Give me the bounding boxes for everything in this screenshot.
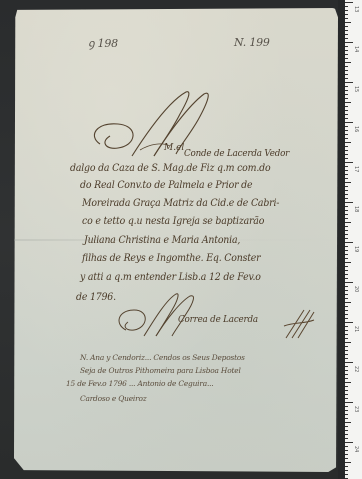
ruler-tick <box>345 66 348 67</box>
ruler-tick <box>345 270 348 271</box>
ruler-tick <box>345 38 348 39</box>
ruler-tick <box>345 358 348 359</box>
ruler-tick <box>345 474 348 475</box>
ruler-tick <box>345 402 353 403</box>
body-line-2: dalgo da Caza de S. Mag.de Fiz q.m com.d… <box>70 163 270 174</box>
ruler-label: 19 <box>353 246 359 252</box>
ruler-tick <box>345 278 348 279</box>
ruler-tick <box>345 122 353 123</box>
ruler-tick <box>345 90 348 91</box>
ruler-tick <box>345 126 348 127</box>
body-line-7: filhas de Reys e Ingomthe. Eq. Conster <box>82 253 260 264</box>
ruler-tick <box>345 30 348 31</box>
svg-text:M.el: M.el <box>163 143 184 153</box>
ruler-tick <box>345 314 348 315</box>
ruler-tick <box>345 322 353 323</box>
ruler-label: 14 <box>353 46 359 52</box>
ruler-tick <box>345 42 353 43</box>
ruler-tick <box>345 150 348 151</box>
ruler-tick <box>345 46 348 47</box>
ruler-tick <box>345 18 348 19</box>
ruler-tick <box>345 106 348 107</box>
ruler-label: 23 <box>353 406 359 412</box>
ruler-tick <box>345 94 348 95</box>
ruler-tick <box>345 78 348 79</box>
ruler-tick <box>345 198 348 199</box>
ruler-tick <box>345 74 348 75</box>
note-line-1: N. Ana y Cendoriz... Cendos os Seus Depo… <box>80 353 245 362</box>
ruler-tick <box>345 254 348 255</box>
ruler-tick <box>345 370 348 371</box>
ruler-shadow <box>338 0 345 479</box>
ruler-tick <box>345 222 351 223</box>
ruler-label: 21 <box>353 326 359 332</box>
ruler-label: 22 <box>353 366 359 372</box>
ruler-tick <box>345 246 348 247</box>
ruler-label: 16 <box>353 126 359 132</box>
ruler-tick <box>345 382 351 383</box>
ruler-tick <box>345 86 348 87</box>
ruler-tick <box>345 290 348 291</box>
ruler-tick <box>345 98 348 99</box>
ruler-tick <box>345 430 348 431</box>
ruler-tick <box>345 446 348 447</box>
ruler-tick <box>345 346 348 347</box>
ruler-tick <box>345 462 351 463</box>
signature-name: Correa de Lacerda <box>178 314 258 325</box>
ruler-tick <box>345 242 353 243</box>
ruler-tick <box>345 146 348 147</box>
ruler-tick <box>345 366 348 367</box>
ruler-tick <box>345 450 348 451</box>
ruler-tick <box>345 398 348 399</box>
ruler-tick <box>345 50 348 51</box>
ruler-tick <box>345 354 348 355</box>
ruler-tick <box>345 130 348 131</box>
ruler-tick <box>345 442 353 443</box>
ruler-tick <box>345 250 348 251</box>
ruler-tick <box>345 138 348 139</box>
ruler-tick <box>345 326 348 327</box>
body-line-8: y atti a q.m entender Lisb.a 12 de Fev.o <box>80 272 261 283</box>
ruler-tick <box>345 286 348 287</box>
ruler-tick <box>345 182 351 183</box>
note-line-2: Seja de Outros Pithomeira para Lisboa Ho… <box>80 366 241 375</box>
ruler-tick <box>345 410 348 411</box>
ruler-tick <box>345 266 348 267</box>
ruler-tick <box>345 302 351 303</box>
ruler-tick <box>345 230 348 231</box>
ruler-label: 24 <box>353 446 359 452</box>
note-line-4: Cardoso e Queiroz <box>80 394 146 403</box>
ruler-label: 15 <box>353 86 359 92</box>
ruler-tick <box>345 338 348 339</box>
ruler-tick <box>345 14 348 15</box>
ruler-tick <box>345 422 351 423</box>
ruler-tick <box>345 166 348 167</box>
ruler-tick <box>345 82 353 83</box>
ruler-tick <box>345 362 353 363</box>
ruler-tick <box>345 186 348 187</box>
ruler-tick <box>345 406 348 407</box>
note-line-3: 15 de Fev.o 1796 ... Antonio de Ceguira.… <box>66 379 213 388</box>
ruler-tick <box>345 142 351 143</box>
ruler-tick <box>345 310 348 311</box>
ruler-tick <box>345 134 348 135</box>
ruler-tick <box>345 274 348 275</box>
folio-number-right: N. 199 <box>234 36 270 49</box>
ruler-tick <box>345 414 348 415</box>
ruler-tick <box>345 170 348 171</box>
ruler-tick <box>345 70 348 71</box>
ruler-tick <box>345 426 348 427</box>
ruler-tick <box>345 334 348 335</box>
ruler-tick <box>345 226 348 227</box>
ruler-tick <box>345 118 348 119</box>
ruler-tick <box>345 210 348 211</box>
ruler-tick <box>345 26 348 27</box>
ruler-tick <box>345 378 348 379</box>
ruler-tick <box>345 162 353 163</box>
ruler-tick <box>345 58 348 59</box>
ruler-tick <box>345 454 348 455</box>
ruler-tick <box>345 238 348 239</box>
ruler-tick <box>345 298 348 299</box>
ruler-tick <box>345 350 348 351</box>
ruler-tick <box>345 174 348 175</box>
ruler-label: 20 <box>353 286 359 292</box>
ruler-tick <box>345 470 348 471</box>
ruler-tick <box>345 258 348 259</box>
ruler-tick <box>345 158 348 159</box>
ruler-tick <box>345 218 348 219</box>
ruler-tick <box>345 194 348 195</box>
ruler-tick <box>345 102 351 103</box>
ruler-label: 18 <box>353 206 359 212</box>
ruler-tick <box>345 330 348 331</box>
ruler-tick <box>345 110 348 111</box>
signature-rubric-icon <box>282 306 318 342</box>
ruler-tick <box>345 2 353 3</box>
ruler-tick <box>345 434 348 435</box>
ruler-tick <box>345 386 348 387</box>
ruler-tick <box>345 466 348 467</box>
body-line-5: co e tetto q.u nesta Igreja se baptizarã… <box>82 216 264 227</box>
ruler-tick <box>345 206 348 207</box>
ruler-tick <box>345 214 348 215</box>
ruler-tick <box>345 306 348 307</box>
ruler-tick <box>345 234 348 235</box>
ruler-tick <box>345 190 348 191</box>
body-line-6: Juliana Christina e Maria Antonia, <box>84 235 240 246</box>
ruler-tick <box>345 342 351 343</box>
measuring-ruler: 131415161718192021222324 <box>345 0 362 479</box>
ruler-tick <box>345 34 348 35</box>
ruler-tick <box>345 394 348 395</box>
ruler-tick <box>345 418 348 419</box>
ruler-tick <box>345 318 348 319</box>
ruler-tick <box>345 10 348 11</box>
ruler-tick <box>345 22 351 23</box>
body-line-3: do Real Conv.to de Palmela e Prior de <box>80 180 252 191</box>
ruler-tick <box>345 374 348 375</box>
body-line-4: Moreirada Graça Matriz da Cid.e de Cabri… <box>82 198 279 209</box>
ruler-tick <box>345 178 348 179</box>
ruler-label: 13 <box>353 6 359 12</box>
ruler-tick <box>345 390 348 391</box>
ruler-tick <box>345 458 348 459</box>
ruler-tick <box>345 294 348 295</box>
ruler-tick <box>345 154 348 155</box>
ruler-tick <box>345 262 351 263</box>
ruler-tick <box>345 62 351 63</box>
ruler-tick <box>345 114 348 115</box>
ruler-label: 17 <box>353 166 359 172</box>
ruler-tick <box>345 54 348 55</box>
ruler-tick <box>345 6 348 7</box>
folio-number-left: ꝯ 198 <box>88 36 118 51</box>
ruler-tick <box>345 282 353 283</box>
body-line-1: Conde de Lacerda Vedor <box>184 148 289 159</box>
ruler-tick <box>345 438 348 439</box>
ruler-tick <box>345 202 353 203</box>
